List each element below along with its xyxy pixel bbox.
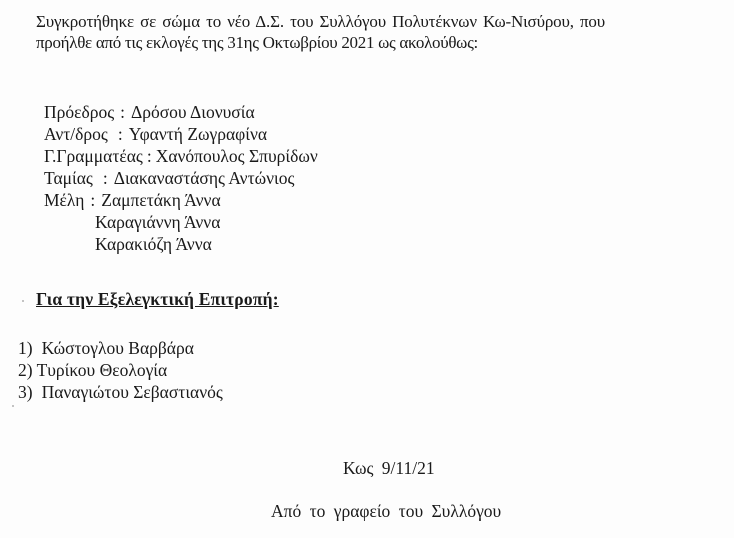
- role-label: Γ.Γραμματέας: [44, 146, 143, 166]
- member-name: Ζαμπετάκη Άννα: [101, 190, 220, 210]
- item-number: 2): [18, 360, 33, 380]
- item-number: 3): [18, 382, 33, 402]
- role-label: Πρόεδρος: [44, 102, 114, 122]
- member-name: Διακαναστάσης Αντώνιος: [114, 168, 295, 188]
- role-separator: :: [90, 190, 95, 210]
- board-member-extra: Καρακιόζη Άννα: [95, 234, 212, 254]
- role-label: Ταμίας: [44, 168, 93, 188]
- intro-line-2: προήλθε από τις εκλογές της 31ης Οκτωβρί…: [36, 33, 478, 53]
- board-member-treasurer: Ταμίας:Διακαναστάσης Αντώνιος: [44, 168, 294, 188]
- item-name: Τυρίκου Θεολογία: [37, 360, 168, 380]
- item-name: Κώστογλου Βαρβάρα: [42, 338, 194, 358]
- item-name: Παναγιώτου Σεβαστιανός: [42, 382, 223, 402]
- audit-committee-heading: Για την Εξελεγκτική Επιτροπή:: [36, 289, 279, 309]
- board-member-members: Μέλη:Ζαμπετάκη Άννα: [44, 190, 221, 210]
- item-number: 1): [18, 338, 33, 358]
- place-date: Κως 9/11/21: [343, 458, 435, 478]
- board-member-vice-president: Αντ/δρος:Υφαντή Ζωγραφίνα: [44, 124, 267, 144]
- role-label: Αντ/δρος: [44, 124, 108, 144]
- member-name: Υφαντή Ζωγραφίνα: [129, 124, 267, 144]
- board-member-secretary: Γ.Γραμματέας:Χανόπουλος Σπυρίδων: [44, 146, 318, 166]
- role-label: Μέλη: [44, 190, 84, 210]
- sign-off: Από το γραφείο του Συλλόγου: [271, 501, 501, 521]
- scan-speck: [12, 405, 14, 407]
- board-member-extra: Καραγιάννη Άννα: [95, 212, 220, 232]
- member-name: Χανόπουλος Σπυρίδων: [156, 146, 318, 166]
- scan-speck: [22, 300, 24, 302]
- board-member-president: Πρόεδρος:Δρόσου Διονυσία: [44, 102, 255, 122]
- committee-item: 2)Τυρίκου Θεολογία: [18, 360, 167, 380]
- role-separator: :: [103, 168, 108, 188]
- committee-item: 3)Παναγιώτου Σεβαστιανός: [18, 382, 223, 402]
- committee-item: 1)Κώστογλου Βαρβάρα: [18, 338, 194, 358]
- role-separator: :: [118, 124, 123, 144]
- member-name: Δρόσου Διονυσία: [131, 102, 255, 122]
- intro-line-1: Συγκροτήθηκε σε σώμα το νέο Δ.Σ. του Συλ…: [36, 12, 605, 32]
- role-separator: :: [147, 146, 152, 166]
- role-separator: :: [120, 102, 125, 122]
